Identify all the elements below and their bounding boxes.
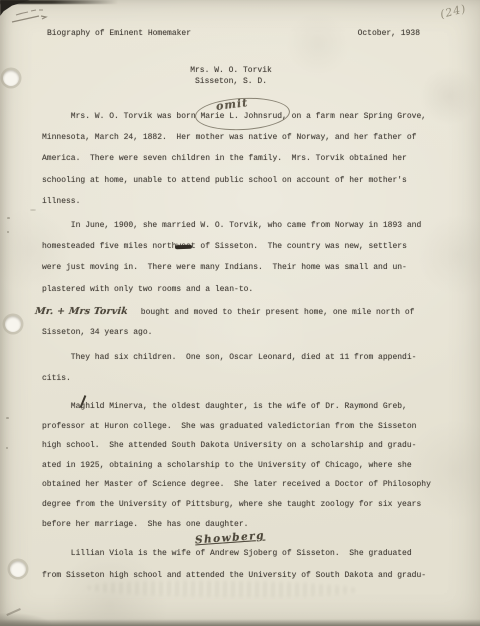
text-line: In June, 1900, she married W. O. Torvik,… xyxy=(42,215,421,236)
pencil-speck xyxy=(6,447,8,449)
text-segment: bought and moved to their present home, … xyxy=(136,308,414,317)
scanned-document-page: (24) Biography of Eminent Homemaker Octo… xyxy=(0,0,480,626)
paragraph-birth: Mrs. W. O. Torvik was born omitMarie L. … xyxy=(42,106,426,212)
text-segment: Mrs. W. O. Torvik was born xyxy=(42,112,200,121)
text-line: high school. She attended South Dakota U… xyxy=(42,436,431,456)
text-line: schooling at home, unable to attend publ… xyxy=(42,170,426,191)
slashed-letter: g xyxy=(80,397,85,417)
text-line: They had six children. One son, Oscar Le… xyxy=(42,347,416,368)
paragraph-daughter-mathild: Maghild Minerva, the oldest daughter, is… xyxy=(42,397,431,534)
subject-location: Sisseton, S. D. xyxy=(0,77,462,88)
struck-out-text: wes xyxy=(176,242,190,251)
text-line: obtained her Master of Science degree. S… xyxy=(42,475,431,495)
text-segment: t of Sisseton. The country was new, sett… xyxy=(191,242,407,251)
header-date: October, 1938 xyxy=(358,29,420,38)
pencil-scribble-mark xyxy=(10,8,54,26)
text-line: ated in 1925, obtaining a scholarship to… xyxy=(42,456,431,476)
text-line: Minnesota, March 24, 1882. Her mother wa… xyxy=(42,127,426,148)
text-segment: homesteaded five miles north xyxy=(42,242,176,251)
punch-hole-bottom xyxy=(10,561,26,577)
pencil-speck xyxy=(7,217,10,219)
text-segment: Ma xyxy=(42,402,80,411)
paragraph-marriage: In June, 1900, she married W. O. Torvik,… xyxy=(42,215,421,300)
text-line: professor at Huron college. She was grad… xyxy=(42,417,431,437)
paragraph-children: They had six children. One son, Oscar Le… xyxy=(42,347,416,389)
page-number-note: (24) xyxy=(439,2,468,21)
text-line: America. There were seven children in th… xyxy=(42,148,426,169)
scan-edge-artifact-bottom xyxy=(0,619,480,626)
handwritten-correction: Mr. + Mrs Torvik xyxy=(34,302,137,322)
paragraph-daughter-lillian: Showberg Lillian Viola is the wife of An… xyxy=(42,543,426,586)
text-line: Maghild Minerva, the oldest daughter, is… xyxy=(42,397,431,417)
text-line: Mrs. W. O. Torvik was born omitMarie L. … xyxy=(42,106,426,127)
header-series-title: Biography of Eminent Homemaker xyxy=(47,29,191,38)
paragraph-move: Mr. + Mrs Torvik bought and moved to the… xyxy=(42,302,414,342)
pencil-speck xyxy=(6,417,9,419)
document-header: Biography of Eminent Homemaker October, … xyxy=(47,29,420,38)
pencil-speck xyxy=(30,209,36,211)
sjoberg-correction-annotation: Showberg xyxy=(194,525,265,551)
circled-name: omitMarie L. Johnsrud, xyxy=(200,106,286,127)
maiden-name: Marie L. Johnsrud, xyxy=(200,112,286,121)
punch-hole-middle xyxy=(5,316,21,332)
text-line: citis. xyxy=(42,368,416,389)
subject-title-block: Mrs. W. O. Torvik Sisseton, S. D. xyxy=(0,66,462,87)
text-line: Mr. + Mrs Torvik bought and moved to the… xyxy=(42,302,414,323)
omit-annotation: omit xyxy=(215,92,250,117)
text-line: homesteaded five miles northwest of Siss… xyxy=(42,236,421,257)
text-line: plastered with only two rooms and a lean… xyxy=(42,279,421,300)
text-segment: on a farm near Spring Grove, xyxy=(287,112,426,121)
text-line: Sisseton, 34 years ago. xyxy=(42,323,414,343)
pencil-speck xyxy=(7,231,9,233)
text-line: illness. xyxy=(42,191,426,212)
text-segment: hild Minerva, the oldest daughter, is th… xyxy=(85,402,407,411)
text-line: degree from the University of Pittsburg,… xyxy=(42,495,431,515)
text-line: were just moving in. There were many Ind… xyxy=(42,257,421,278)
subject-name: Mrs. W. O. Torvik xyxy=(0,66,462,77)
